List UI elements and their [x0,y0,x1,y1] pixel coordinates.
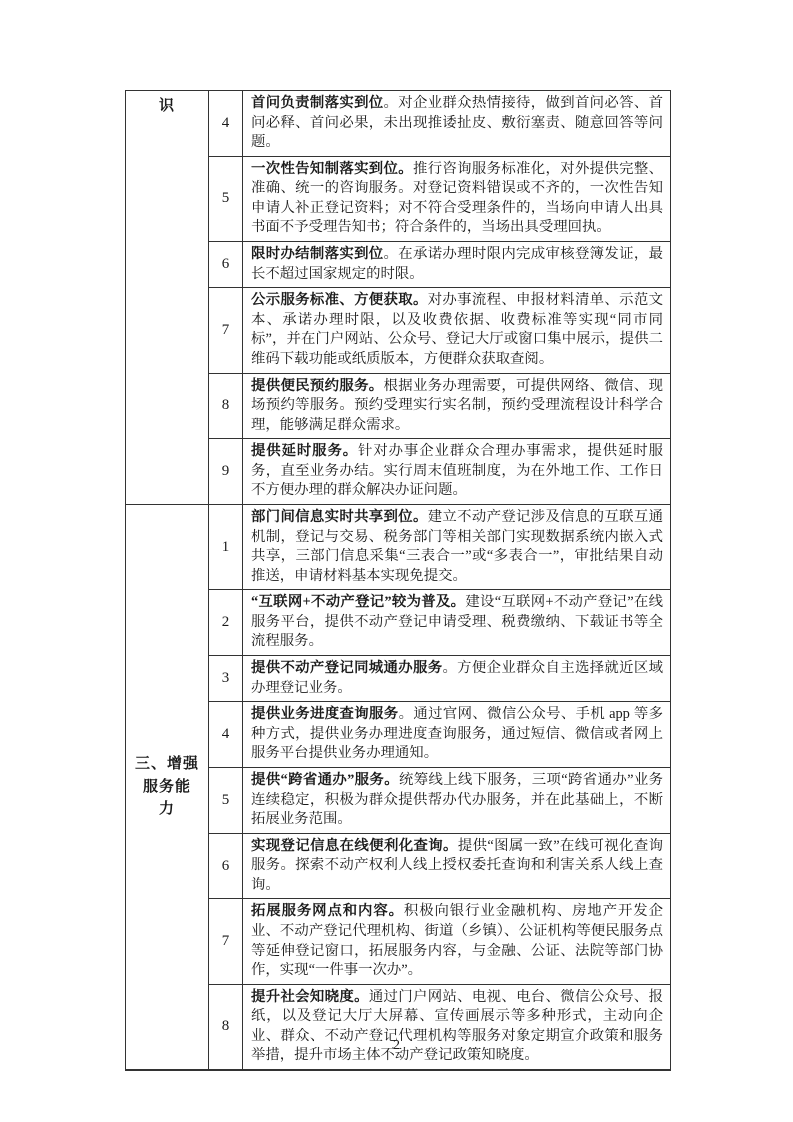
row-number: 8 [209,984,243,1070]
row-number: 4 [209,702,243,768]
row-content: “互联网+不动产登记”较为普及。建设“互联网+不动产登记”在线服务平台，提供不动… [243,590,671,656]
row-number: 6 [209,833,243,899]
row-lead: “互联网+不动产登记”较为普及。 [251,594,465,610]
section-label: 识 [126,91,209,505]
row-content: 提供延时服务。针对办事企业群众合理办事需求，提供延时服务，直至业务办结。实行周末… [243,439,671,505]
row-lead: 提供“跨省通办”服务。 [251,772,399,788]
table-row: 三、增强 服务能 力1部门间信息实时共享到位。建立不动产登记涉及信息的互联互通机… [126,504,671,589]
row-content: 提供不动产登记同城通办服务。方便企业群众自主选择就近区域办理登记业务。 [243,656,671,702]
row-lead: 公示服务标准、方便获取。 [251,292,428,308]
row-number: 5 [209,156,243,241]
row-number: 3 [209,656,243,702]
row-number: 2 [209,590,243,656]
table-row: 识4首问负责制落实到位。对企业群众热情接待，做到首问必答、首问必释、首问必果，未… [126,91,671,157]
evaluation-table: 识4首问负责制落实到位。对企业群众热情接待，做到首问必答、首问必释、首问必果，未… [125,90,671,1071]
row-content: 一次性告知制落实到位。推行咨询服务标准化，对外提供完整、准确、统一的咨询服务。对… [243,156,671,241]
row-number: 8 [209,373,243,439]
row-content: 提供便民预约服务。根据业务办理需要，可提供网络、微信、现场预约等服务。预约受理实… [243,373,671,439]
row-content: 部门间信息实时共享到位。建立不动产登记涉及信息的互联互通机制，登记与交易、税务部… [243,504,671,589]
page-number: 2 [0,1038,793,1054]
row-content: 实现登记信息在线便利化查询。提供“图属一致”在线可视化查询服务。探索不动产权利人… [243,833,671,899]
row-lead: 实现登记信息在线便利化查询。 [251,838,458,854]
row-number: 9 [209,439,243,505]
row-lead: 拓展服务网点和内容。 [251,903,404,919]
row-number: 6 [209,242,243,288]
row-content: 限时办结制落实到位。在承诺办理时限内完成审核登簿发证，最长不超过国家规定的时限。 [243,242,671,288]
row-lead: 部门间信息实时共享到位。 [251,509,428,525]
row-lead: 提供不动产登记同城通办服务 [251,660,442,676]
row-number: 5 [209,767,243,833]
row-content: 公示服务标准、方便获取。对办事流程、申报材料清单、示范文本、承诺办理时限，以及收… [243,288,671,373]
row-content: 提升社会知晓度。通过门户网站、电视、电台、微信公众号、报纸，以及登记大厅大屏幕、… [243,984,671,1070]
row-content: 提供业务进度查询服务。通过官网、微信公众号、手机 app 等多种方式，提供业务办… [243,702,671,768]
row-lead: 限时办结制落实到位 [251,246,384,262]
row-lead: 首问负责制落实到位 [251,95,384,111]
row-number: 7 [209,288,243,373]
row-lead: 提供延时服务。 [251,443,358,459]
row-number: 4 [209,91,243,157]
row-content: 提供“跨省通办”服务。统筹线上线下服务，三项“跨省通办”业务连续稳定，积极为群众… [243,767,671,833]
row-lead: 提供业务进度查询服务 [251,706,399,722]
row-content: 首问负责制落实到位。对企业群众热情接待，做到首问必答、首问必释、首问必果，未出现… [243,91,671,157]
row-number: 1 [209,504,243,589]
row-lead: 一次性告知制落实到位。 [251,161,413,177]
evaluation-table-body: 识4首问负责制落实到位。对企业群众热情接待，做到首问必答、首问必释、首问必果，未… [126,91,671,1071]
row-lead: 提供便民预约服务。 [251,378,384,394]
section-label: 三、增强 服务能 力 [126,504,209,1070]
document-page: 识4首问负责制落实到位。对企业群众热情接待，做到首问必答、首问必释、首问必果，未… [0,0,793,1122]
row-lead: 提升社会知晓度。 [251,989,369,1005]
row-number: 7 [209,899,243,984]
row-content: 拓展服务网点和内容。积极向银行业金融机构、房地产开发企业、不动产登记代理机构、街… [243,899,671,984]
